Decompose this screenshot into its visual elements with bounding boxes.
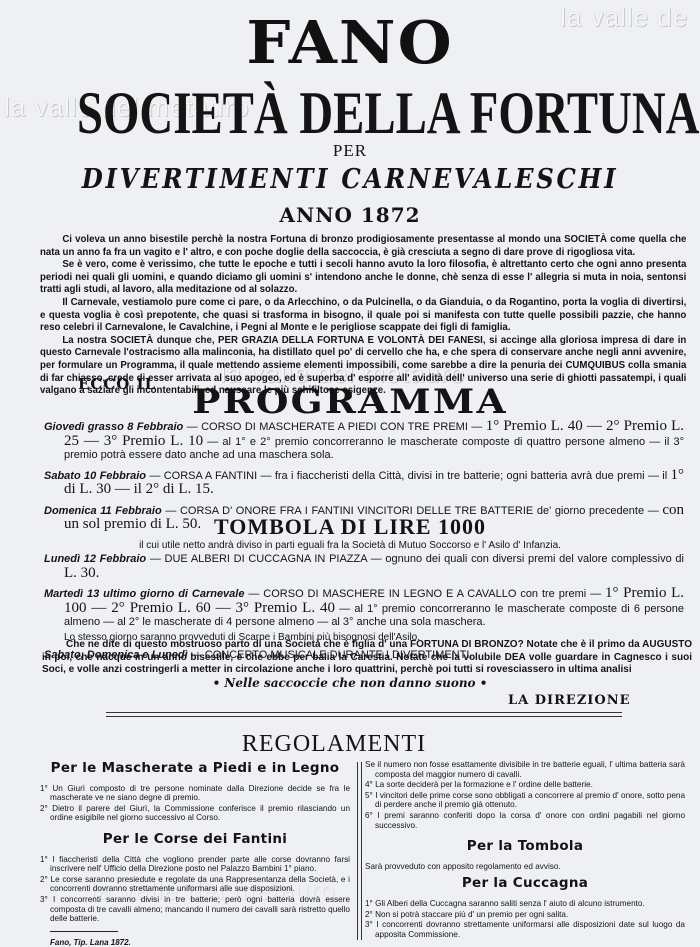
- intro-paragraph: Il Carnevale, vestiamolo pure come ci pa…: [40, 297, 686, 335]
- divider: [106, 712, 622, 717]
- rule-item: 1° Gli Alberi della Cuccagna saranno sal…: [365, 899, 685, 909]
- event-day: Martedì 13 ultimo giorno di Carnevale: [44, 588, 244, 600]
- regolamenti-title: REGOLAMENTI: [0, 731, 684, 758]
- rule-item: Sarà provveduto con apposito regolamento…: [365, 862, 685, 872]
- imprint-divider: [50, 931, 118, 932]
- event-item: Martedì 13 ultimo giorno di Carnevale — …: [44, 587, 684, 630]
- event-text: — CORSA A FANTINI — fra i fiaccheristi d…: [146, 470, 670, 482]
- tombola-subtitle: il cui utile netto andrà diviso in parti…: [0, 540, 700, 551]
- event-day: Lunedì 12 Febbraio: [44, 553, 146, 565]
- rule-item: 4° La sorte deciderà per la formazione e…: [365, 780, 685, 790]
- rule-item: Se il numero non fosse esattamente divis…: [365, 760, 685, 779]
- rule-item: 6° I premi saranno conferiti dopo la cor…: [365, 811, 685, 830]
- intro-paragraph: Se è vero, come è verissimo, che tutte l…: [40, 259, 686, 297]
- rule-item: 3° I concorrenti dovranno strettamente u…: [365, 920, 685, 939]
- rule-item: 1° I fiaccheristi della Città che voglio…: [40, 855, 350, 874]
- motto: • Nelle saccoccie che non danno suono •: [0, 676, 700, 690]
- rules-heading: Per la Tombola: [365, 842, 685, 852]
- event-text: — DUE ALBERI DI CUCCAGNA IN PIAZZA — ogn…: [146, 553, 684, 565]
- event-item: Sabato 10 Febbraio — CORSA A FANTINI — f…: [44, 469, 684, 498]
- rule-item: 1° Un Giurì composto di tre persone nomi…: [40, 784, 350, 803]
- rules-left-column: Per le Mascherate a Piedi e in Legno 1° …: [40, 760, 350, 947]
- rule-item: 5° I vincitori delle prime corse sono ob…: [365, 791, 685, 810]
- event-item: Lunedì 12 Febbraio — DUE ALBERI DI CUCCA…: [44, 553, 684, 581]
- closing-text: Che ne dite di questo mostruoso parto di…: [42, 639, 692, 677]
- event-item: Giovedì grasso 8 Febbraio — CORSO DI MAS…: [44, 420, 684, 463]
- closing-paragraph: Che ne dite di questo mostruoso parto di…: [42, 639, 692, 677]
- event-text: — CORSO DI MASCHERATE A PIEDI CON TRE PR…: [183, 421, 485, 433]
- city-title: FANO: [0, 10, 700, 77]
- rules-right-column: Se il numero non fosse esattamente divis…: [365, 760, 685, 940]
- rule-item: 3° I concorrenti saranno divisi in tre b…: [40, 895, 350, 924]
- rules-heading: Per le Mascherate a Piedi e in Legno: [40, 764, 350, 774]
- event-day: Sabato 10 Febbraio: [44, 470, 146, 482]
- rules-heading: Per le Corse dei Fantini: [40, 835, 350, 845]
- event-prizes: L. 30.: [64, 565, 99, 581]
- poster: la valle de la valle del metauro la vall…: [0, 0, 700, 947]
- signature: LA DIREZIONE: [508, 693, 631, 708]
- printer-imprint: Fano, Tip. Lana 1872.: [40, 938, 350, 947]
- event-text: — CORSO DI MASCHERE IN LEGNO E A CAVALLO…: [244, 588, 605, 600]
- rules-heading: Per la Cuccagna: [365, 879, 685, 889]
- rule-item: 2° Dietro il parere del Giurì, la Commis…: [40, 804, 350, 823]
- subtitle: DIVERTIMENTI CARNEVALESCHI: [35, 163, 665, 197]
- tombola-title: TOMBOLA DI LIRE 1000: [0, 514, 700, 540]
- per-label: PER: [0, 141, 700, 161]
- event-day: Giovedì grasso 8 Febbraio: [44, 421, 183, 433]
- rule-item: 2° Le corse saranno presiedute e regolat…: [40, 875, 350, 894]
- programma-title: PROGRAMMA: [0, 382, 700, 422]
- column-divider: [357, 762, 362, 940]
- rule-item: 2° Non si potrà staccare più d' un premi…: [365, 910, 685, 920]
- intro-text: Ci voleva un anno bisestile perchè la no…: [40, 234, 686, 398]
- year-title: ANNO 1872: [0, 203, 700, 227]
- intro-paragraph: Ci voleva un anno bisestile perchè la no…: [40, 234, 686, 259]
- society-title: SOCIETÀ DELLA FORTUNA: [77, 78, 623, 148]
